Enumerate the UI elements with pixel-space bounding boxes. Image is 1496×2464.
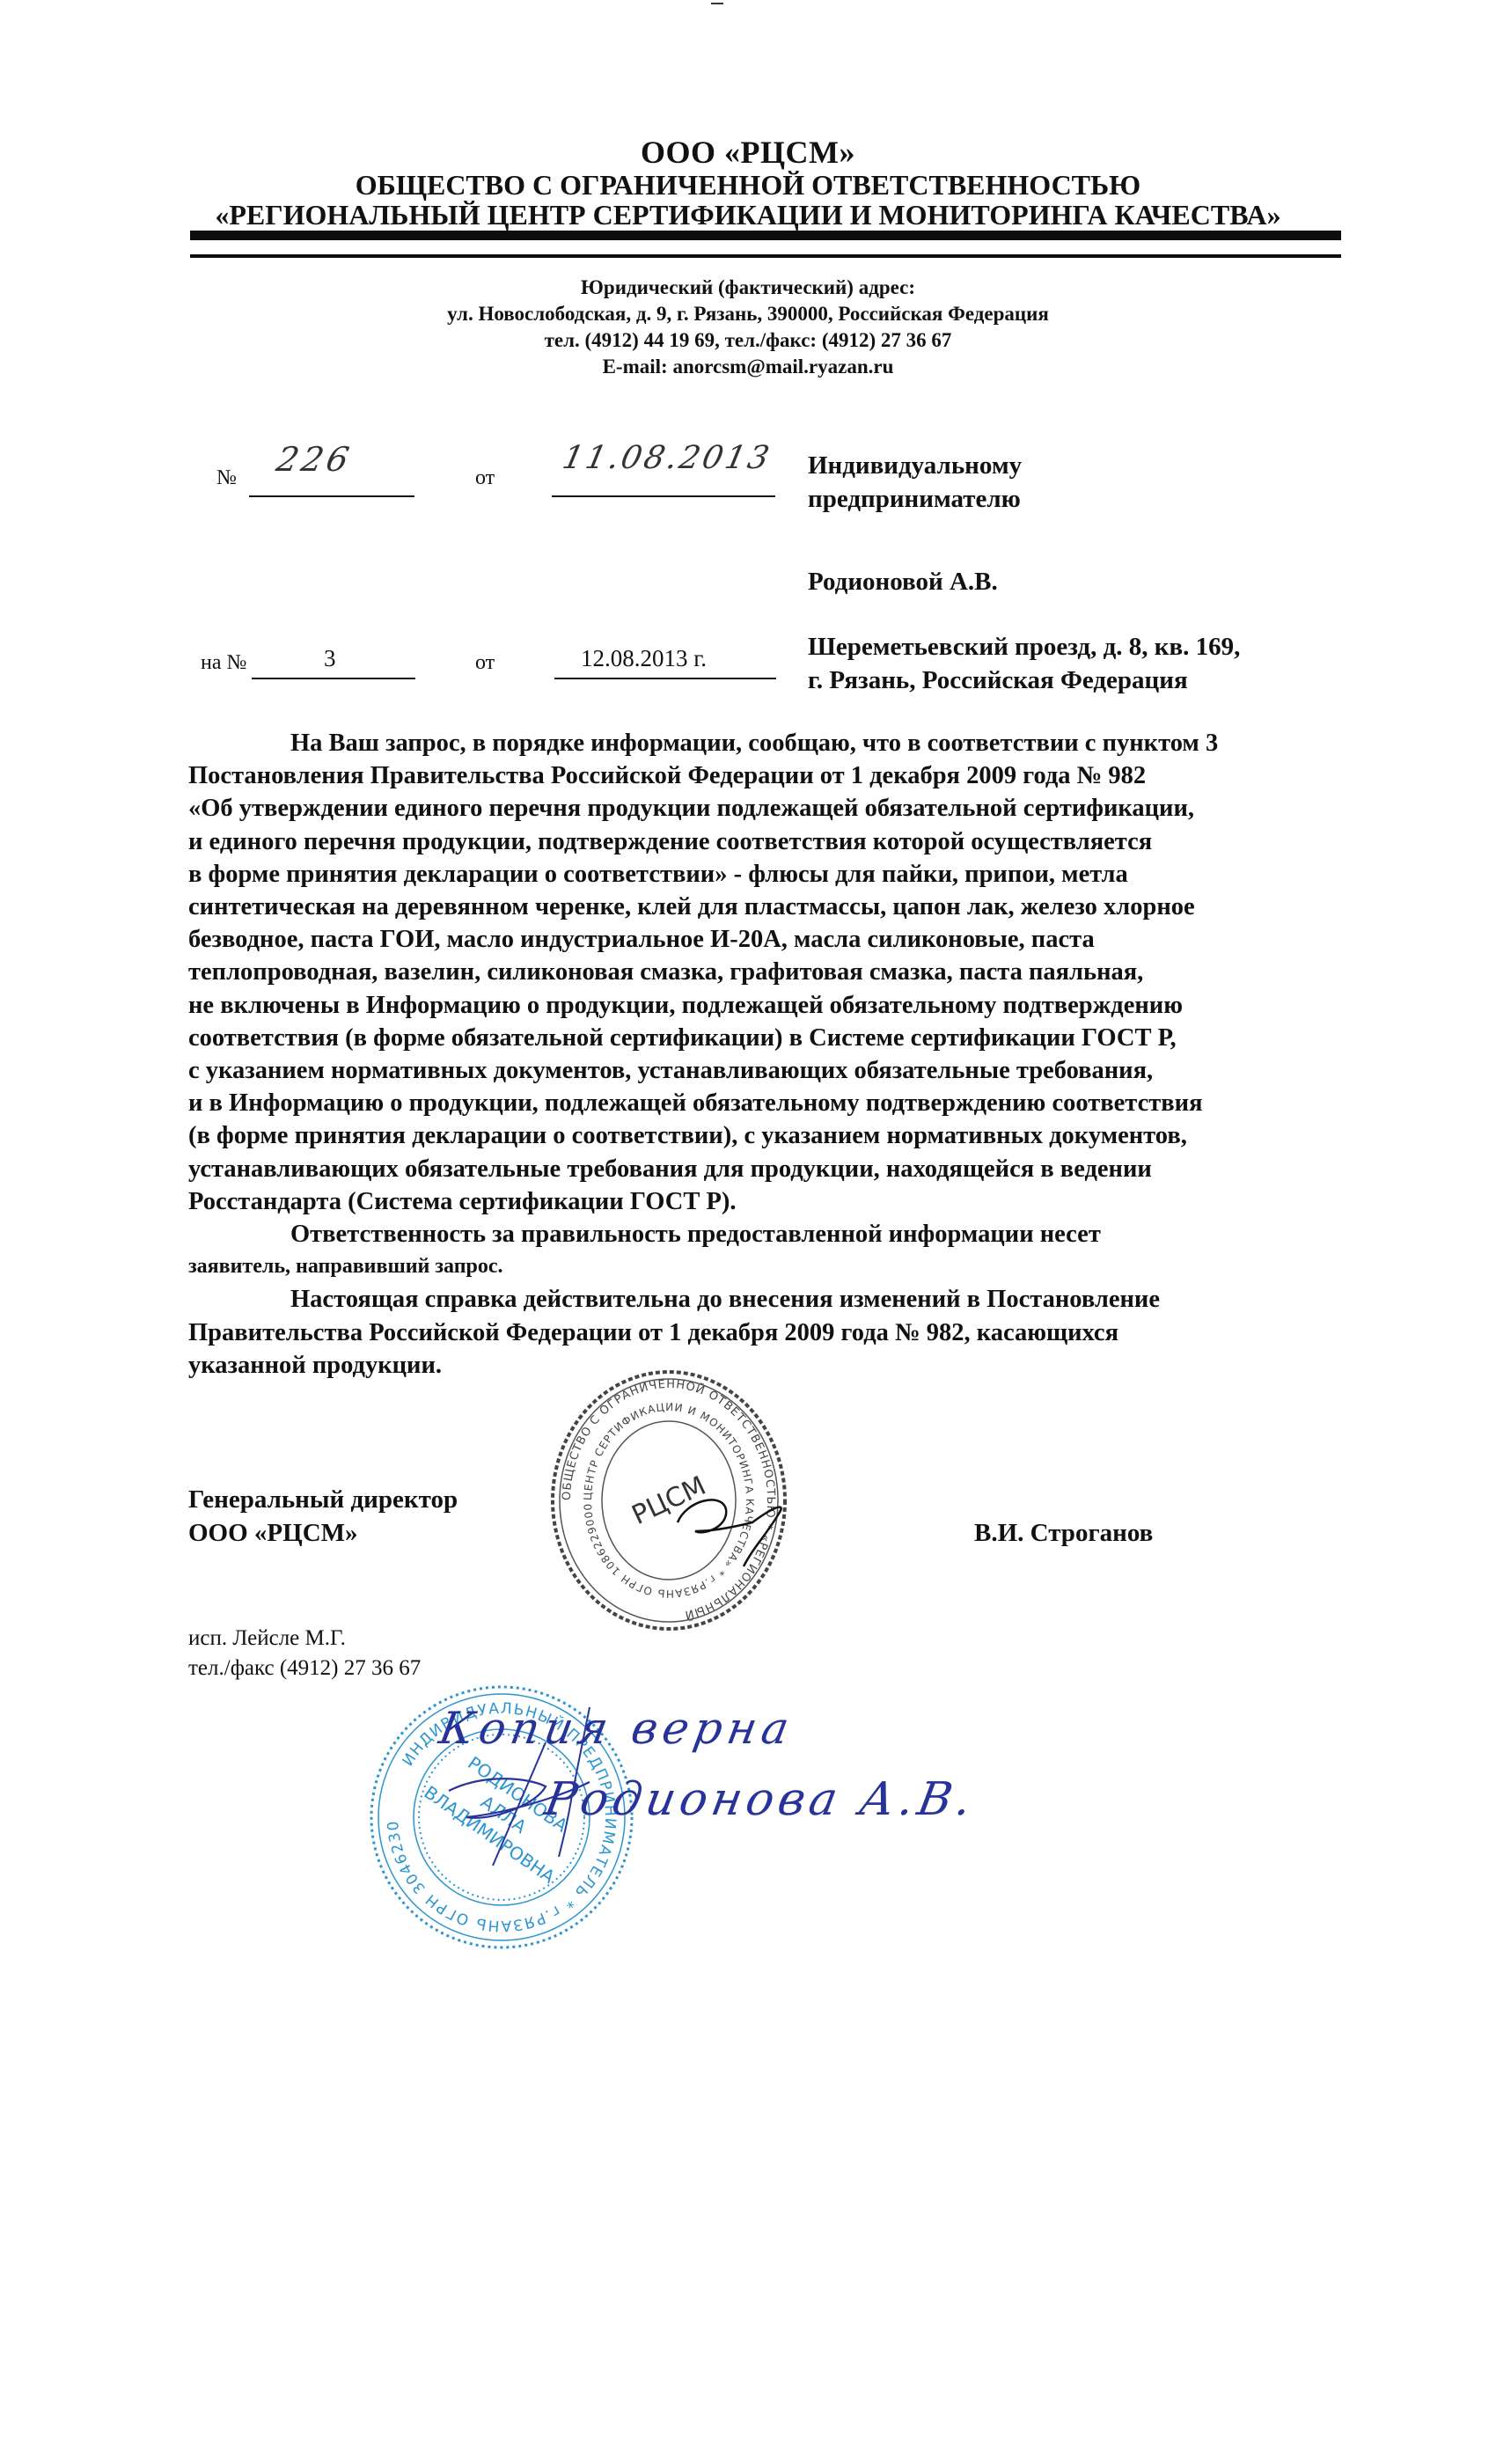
incoming-number-label: на № [201,651,246,675]
outgoing-number-underline [249,495,414,497]
address-label: Юридический (фактический) адрес: [0,275,1496,301]
outgoing-date-value: 11.08.2013 [560,440,775,476]
body-line: Постановления Правительства Российской Ф… [188,759,1359,792]
body-line: соответствия (в форме обязательной серти… [188,1022,1359,1054]
scan-mark [711,3,723,4]
body-line: «Об утверждении единого перечня продукци… [188,792,1359,825]
signatory-title-line2: ООО «РЦСМ» [188,1516,458,1550]
body-line: с указанием нормативных документов, уста… [188,1054,1359,1087]
body-line: Настоящая справка действительна до внесе… [188,1283,1359,1316]
outgoing-date-label: от [475,466,495,490]
addressee-block: Индивидуальному предпринимателю Родионов… [808,449,1240,697]
paragraph-3: Настоящая справка действительна до внесе… [188,1283,1359,1382]
incoming-number-underline [252,678,415,679]
addressee-line1: Индивидуальному [808,449,1240,482]
address-line: ул. Новослободская, д. 9, г. Рязань, 390… [0,301,1496,327]
signatory-name: В.И. Строганов [974,1516,1153,1550]
company-type: ОБЩЕСТВО С ОГРАНИЧЕННОЙ ОТВЕТСТВЕННОСТЬЮ [0,169,1496,202]
svg-text:РЦСМ: РЦСМ [627,1470,711,1531]
body-line: На Ваш запрос, в порядке информации, соо… [188,727,1359,759]
phone-line: тел. (4912) 44 19 69, тел./факс: (4912) … [0,327,1496,354]
header-rule-thick [190,231,1341,240]
letter-body: На Ваш запрос, в порядке информации, соо… [188,727,1359,1382]
email-line: E-mail: anorcsm@mail.ryazan.ru [0,354,1496,380]
executor-block: исп. Лейсле М.Г. тел./факс (4912) 27 36 … [188,1624,421,1683]
incoming-date-value: 12.08.2013 г. [581,645,707,672]
addressee-address2: г. Рязань, Российская Федерация [808,664,1240,697]
body-line: Росстандарта (Система сертификации ГОСТ … [188,1185,1359,1218]
body-line: и единого перечня продукции, подтвержден… [188,825,1359,858]
executor-phone: тел./факс (4912) 27 36 67 [188,1654,421,1683]
company-short-name: ООО «РЦСМ» [0,134,1496,171]
executor-name: исп. Лейсле М.Г. [188,1624,421,1654]
incoming-number-value: 3 [324,645,336,672]
body-line: Правительства Российской Федерации от 1 … [188,1316,1359,1349]
incoming-date-label: от [475,651,495,675]
addressee-name: Родионовой А.В. [808,565,1240,598]
addressee-address1: Шереметьевский проезд, д. 8, кв. 169, [808,630,1240,664]
addressee-line2: предпринимателю [808,482,1240,516]
outgoing-date-underline [552,495,775,497]
certifier-signature-icon [414,1690,695,1918]
body-line: (в форме принятия декларации о соответст… [188,1119,1359,1152]
body-line: не включены в Информацию о продукции, по… [188,989,1359,1022]
outgoing-number-label: № [216,466,237,490]
body-line: Ответственность за правильность предоста… [188,1218,1359,1250]
incoming-date-underline [554,678,776,679]
body-line: безводное, паста ГОИ, масло индустриальн… [188,923,1359,956]
body-line: заявитель, направивший запрос. [188,1250,1359,1283]
company-full-name: «РЕГИОНАЛЬНЫЙ ЦЕНТР СЕРТИФИКАЦИИ И МОНИТ… [0,199,1496,231]
body-line: в форме принятия декларации о соответств… [188,858,1359,891]
body-line: и в Информацию о продукции, подлежащей о… [188,1087,1359,1119]
body-line: теплопроводная, вазелин, силиконовая сма… [188,956,1359,988]
body-line: устанавливающих обязательные требования … [188,1153,1359,1185]
outgoing-number-value: 226 [273,440,356,479]
signatory-title: Генеральный директор ООО «РЦСМ» [188,1483,458,1550]
paragraph-2: Ответственность за правильность предоста… [188,1218,1359,1283]
paragraph-1: На Ваш запрос, в порядке информации, соо… [188,727,1359,1218]
company-stamp-icon: ОБЩЕСТВО С ОГРАНИЧЕННОЙ ОТВЕТСТВЕННОСТЬЮ… [546,1368,792,1632]
header-rule-thin [190,254,1341,258]
signatory-title-line1: Генеральный директор [188,1483,458,1516]
body-line: синтетическая на деревянном черенке, кле… [188,891,1359,923]
